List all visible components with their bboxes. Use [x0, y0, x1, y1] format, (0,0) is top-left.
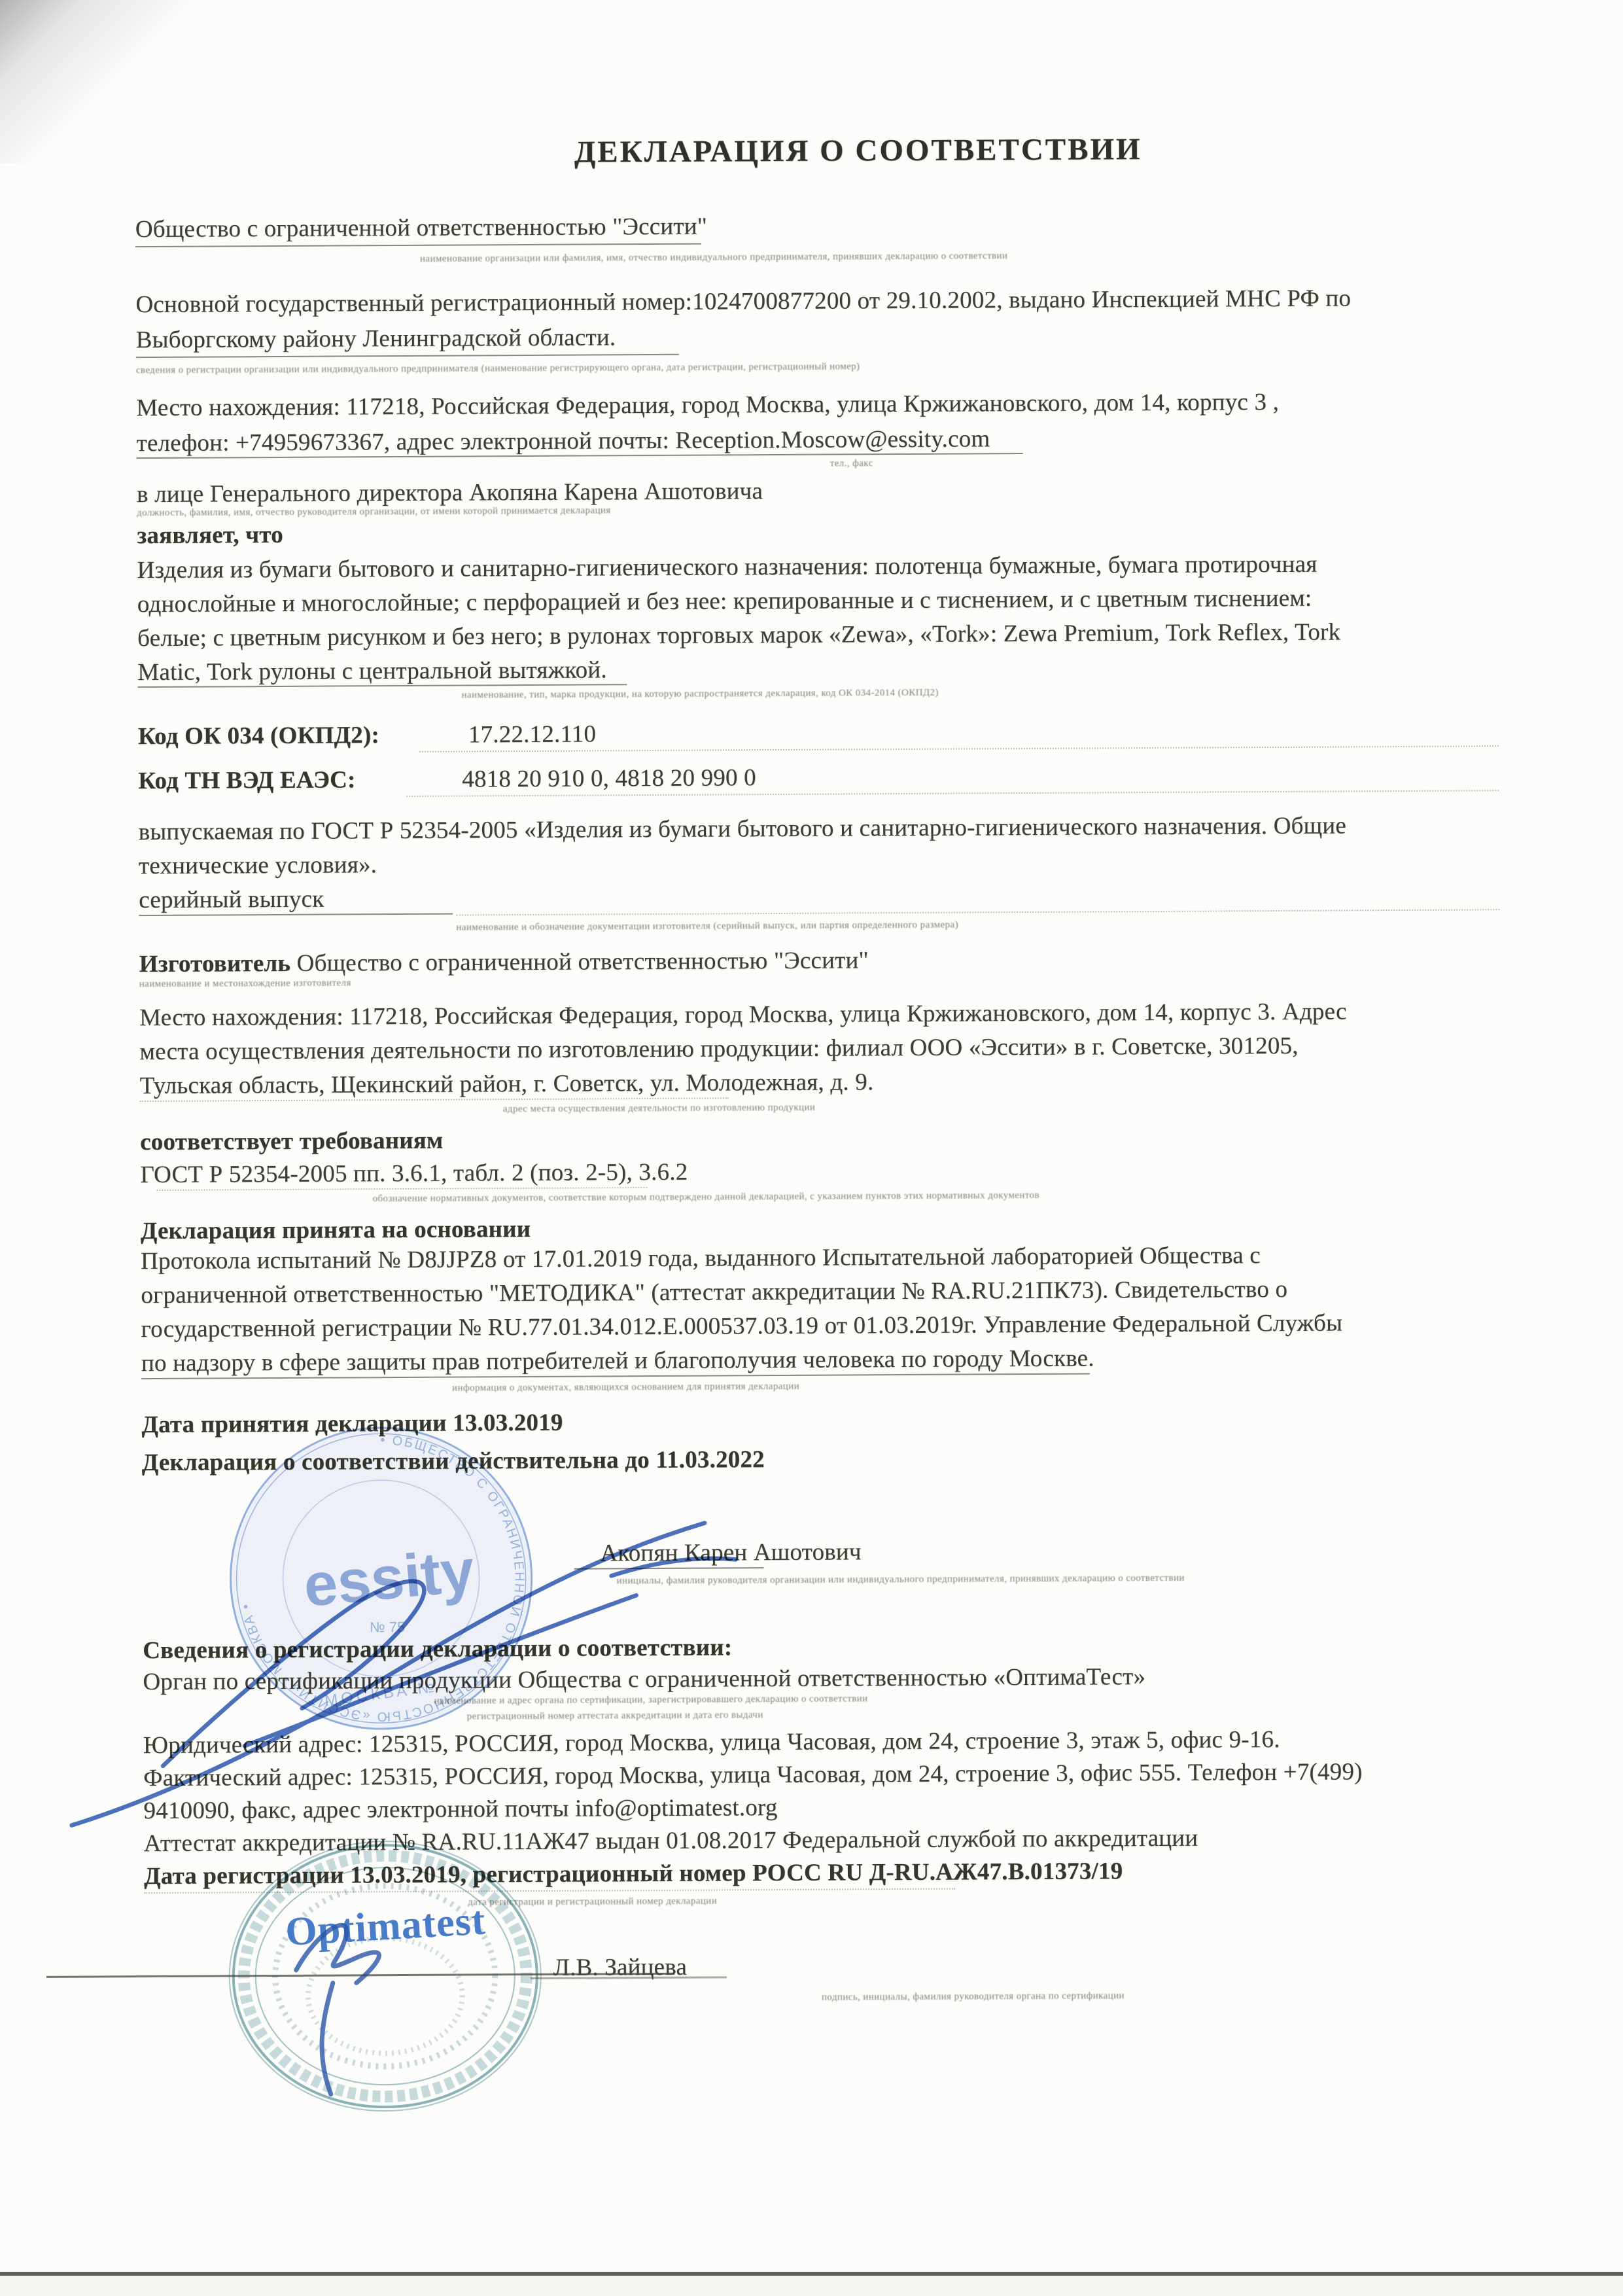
product-line-3: белые; с цветным рисунком и без него; в … [137, 618, 1340, 652]
tnved-value: 4818 20 910 0, 4818 20 990 0 [462, 764, 756, 793]
manufacturer-caption: наименование и местонахождение изготовит… [139, 978, 351, 990]
address-caption: тел., факс [830, 458, 873, 469]
basis-heading: Декларация принята на основании [141, 1215, 531, 1245]
underline [136, 354, 679, 358]
tnved-label: Код ТН ВЭД ЕАЭС: [138, 766, 356, 795]
conformity-caption: обозначение нормативных документов, соот… [373, 1190, 1039, 1205]
basis-line-2: ограниченной ответственностью "МЕТОДИКА"… [141, 1275, 1287, 1309]
applicant-address-line-2: телефон: +74959673367, адрес электронной… [136, 425, 990, 457]
valid-until-value: 11.03.2022 [655, 1446, 765, 1474]
okpd2-value: 17.22.12.110 [468, 720, 597, 749]
serial-caption: наименование и обозначение документации … [456, 920, 958, 934]
applicant-name: Общество с ограниченной ответственностью… [135, 213, 707, 244]
director-signature [47, 1491, 782, 1835]
gost-line-1: выпускаемая по ГОСТ Р 52354-2005 «Издели… [139, 811, 1346, 846]
signature-stroke [244, 1595, 637, 1746]
product-caption: наименование, тип, марка продукции, на к… [462, 688, 939, 701]
gost-line-2: технические условия». [139, 851, 377, 880]
product-line-4: Matic, Tork рулоны с центральной вытяжко… [137, 656, 607, 686]
ogrn-line-2: Выборгскому району Ленинградской области… [136, 323, 616, 354]
manufacturer-line: Изготовитель Общество с ограниченной отв… [139, 946, 869, 978]
signature-stroke [162, 1581, 425, 1765]
signature-stroke [70, 1523, 706, 1826]
manufacturer-address-line-2: места осуществления деятельности по изго… [139, 1032, 1298, 1066]
conformity-heading: соответствует требованиям [140, 1127, 443, 1156]
manufacturer-label: Изготовитель [139, 950, 291, 978]
declares-heading: заявляет, что [137, 521, 283, 550]
optimatest-certification-stamp: Optimatest [222, 1833, 551, 2123]
signature-stroke [611, 1559, 735, 1576]
basis-line-4: по надзору в сфере защиты прав потребите… [141, 1344, 1094, 1377]
basis-line-1: Протокола испытаний № D8JJPZ8 от 17.01.2… [141, 1241, 1261, 1275]
ogrn-line-1: Основной государственный регистрационный… [135, 284, 1351, 319]
applicant-caption: наименование организации или фамилия, им… [420, 251, 1007, 265]
document-content: ДЕКЛАРАЦИЯ О СООТВЕТСТВИИ Общество с огр… [0, 0, 1623, 2296]
serial-issue: серийный выпуск [139, 885, 324, 914]
manufacturer-address-caption: адрес места осуществления деятельности п… [503, 1103, 816, 1115]
ogrn-caption: сведения о регистрации организации или и… [136, 361, 860, 376]
conformity-gost-line: ГОСТ Р 52354-2005 пп. 3.6.1, табл. 2 (по… [140, 1158, 688, 1189]
basis-caption: информация о документах, являющихся осно… [452, 1381, 799, 1394]
manufacturer-name: Общество с ограниченной ответственностью… [296, 947, 868, 977]
scanned-declaration-sheet: ДЕКЛАРАЦИЯ О СООТВЕТСТВИИ Общество с огр… [0, 0, 1623, 2296]
registrar-caption: подпись, инициалы, фамилия руководителя … [822, 1990, 1125, 2003]
director-line: в лице Генерального директора Акопяна Ка… [137, 477, 763, 508]
manufacturer-address-line-3: Тульская область, Щекинский район, г. Со… [140, 1068, 874, 1100]
applicant-address-line-1: Место нахождения: 117218, Российская Фед… [136, 388, 1279, 422]
dotted-rule [456, 909, 1499, 915]
manufacturer-address-line-1: Место нахождения: 117218, Российская Фед… [139, 997, 1347, 1032]
underline [135, 243, 701, 248]
product-line-1: Изделия из бумаги бытового и санитарно-г… [137, 550, 1317, 584]
okpd2-label: Код ОК 034 (ОКПД2): [138, 721, 379, 751]
signature-stroke [322, 1983, 334, 2094]
director-caption: должность, фамилия, имя, отчество руково… [137, 505, 611, 519]
document-title: ДЕКЛАРАЦИЯ О СООТВЕТСТВИИ [92, 129, 1623, 172]
basis-line-3: государственной регистрации № RU.77.01.3… [141, 1309, 1343, 1343]
scan-page-margin [0, 2276, 1623, 2296]
product-line-2: однослойные и многослойные; с перфорацие… [137, 584, 1312, 618]
